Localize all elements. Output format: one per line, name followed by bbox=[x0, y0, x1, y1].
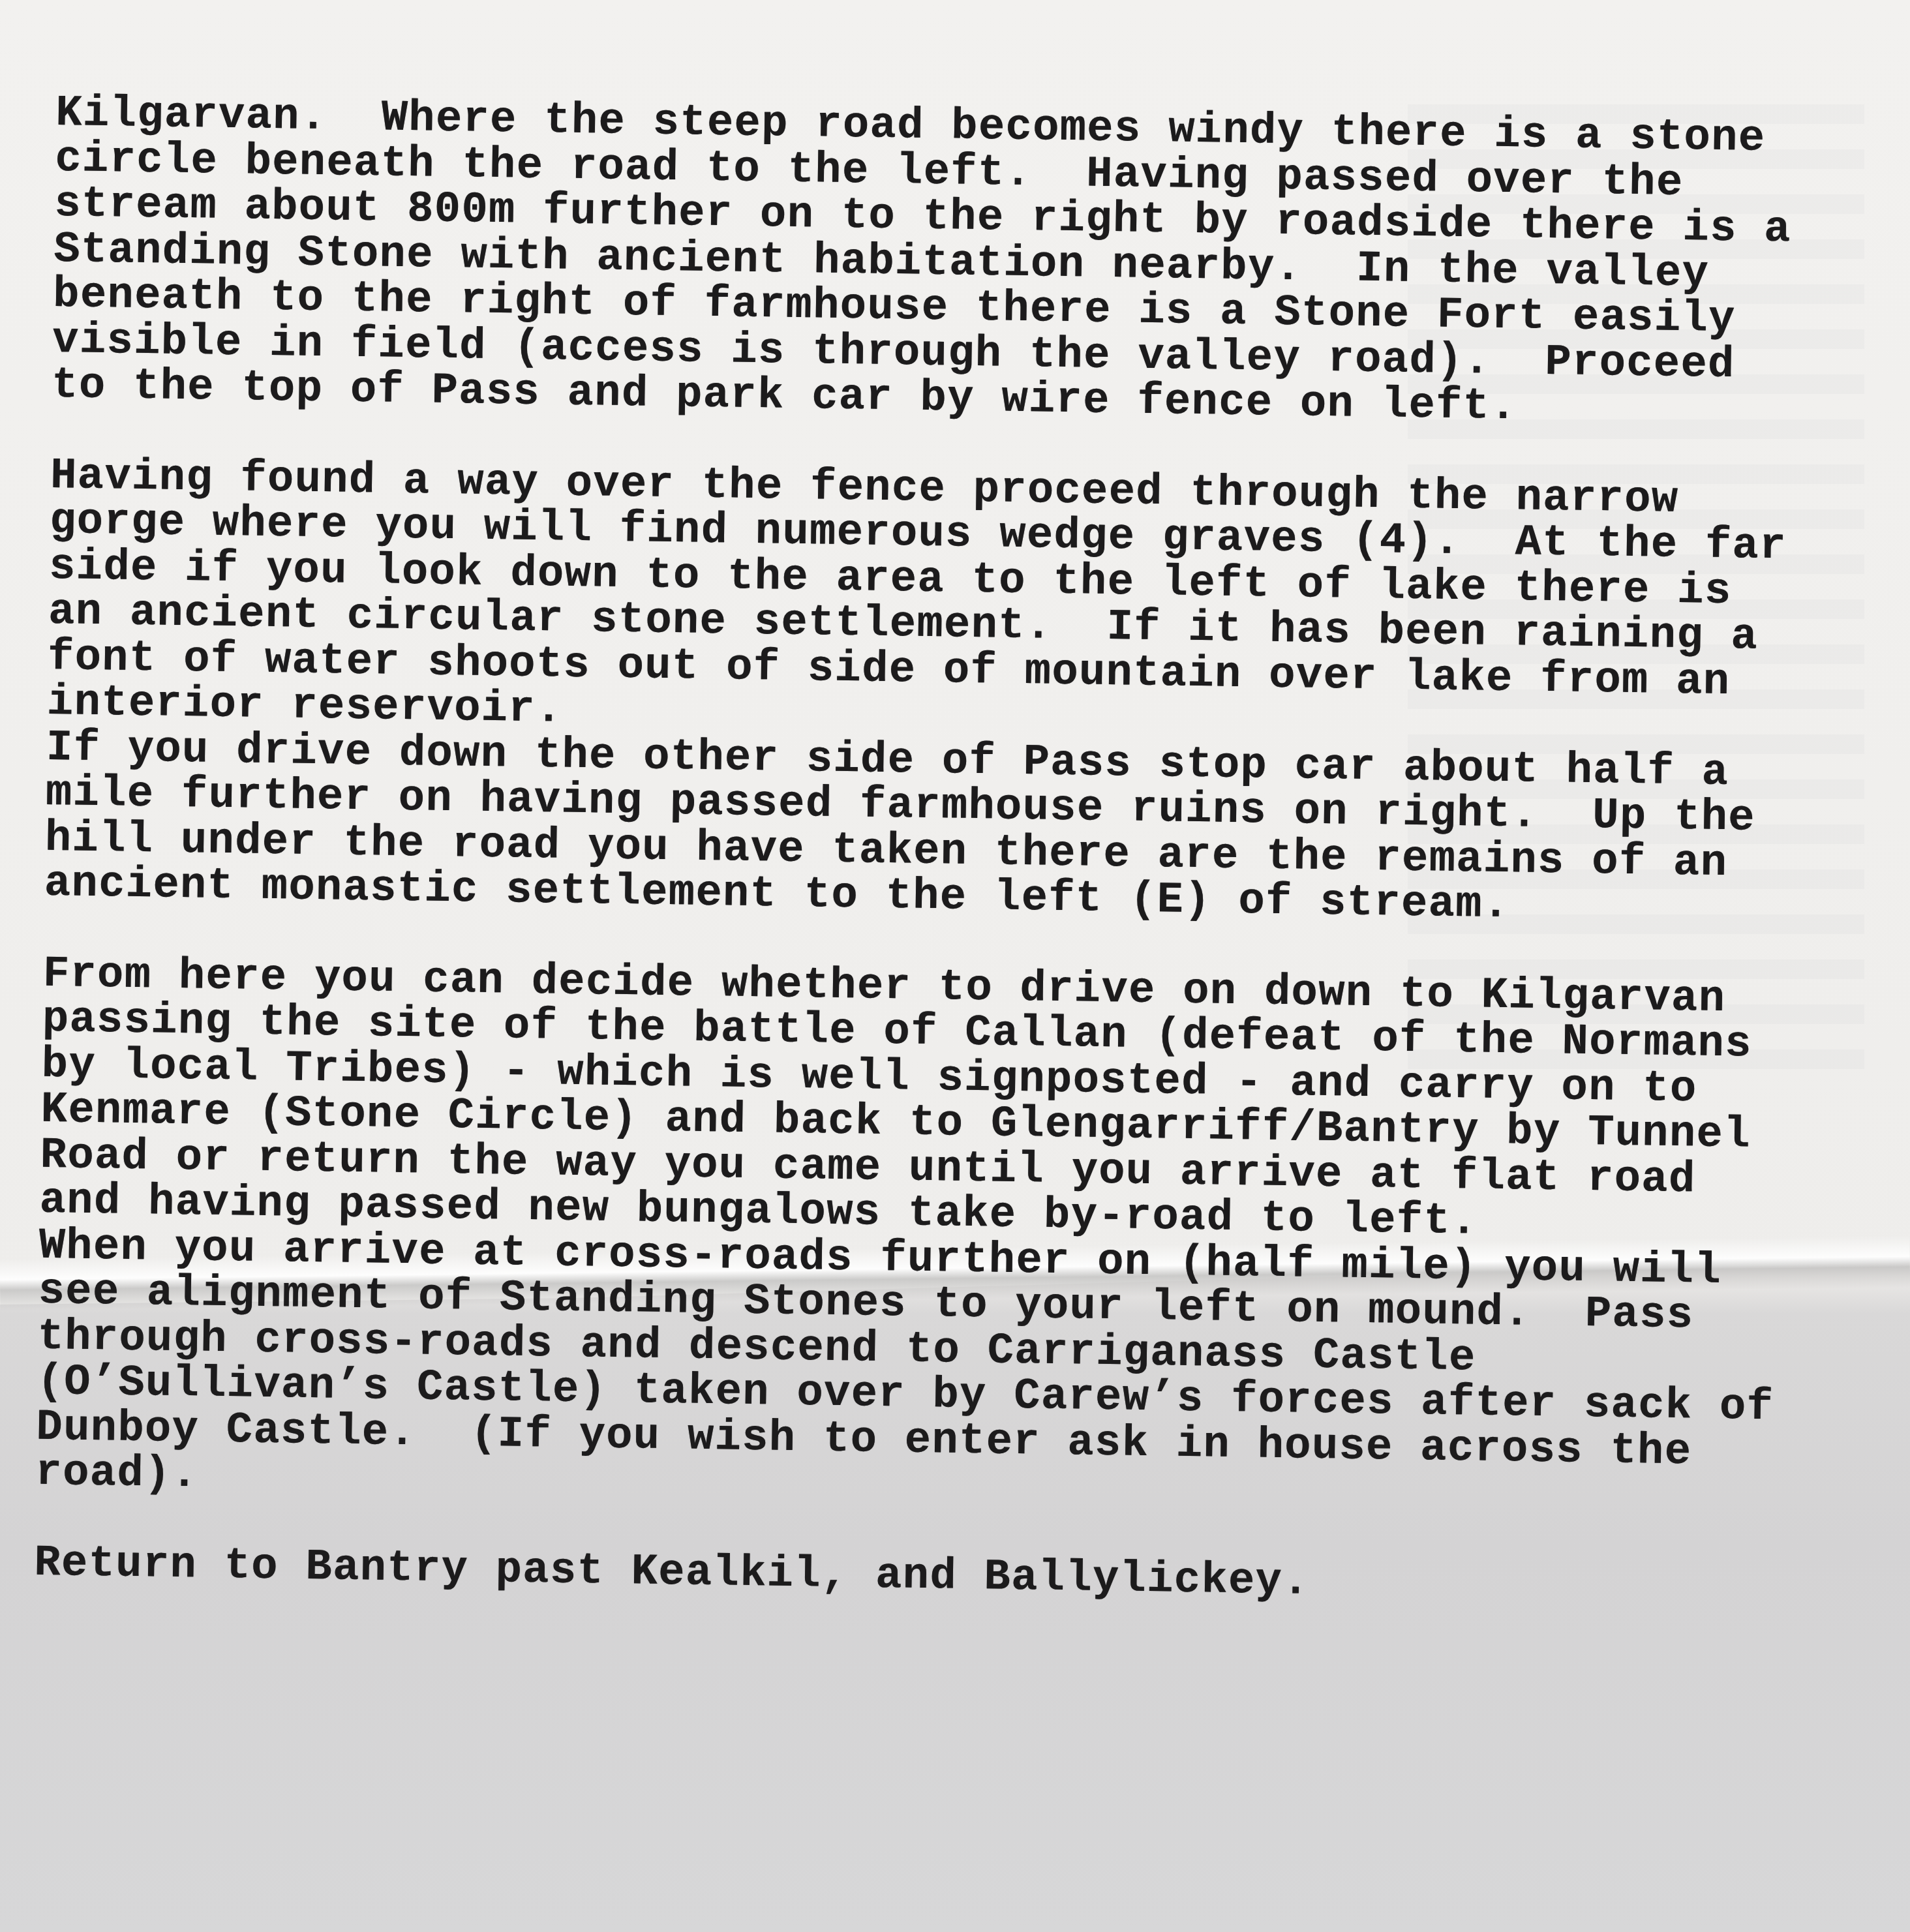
typed-document: Kilgarvan. Where the steep road becomes … bbox=[34, 91, 1883, 1613]
paragraph-kilgarvan-directions: Kilgarvan. Where the steep road becomes … bbox=[52, 91, 1883, 436]
paragraph-route-options: From here you can decide whether to driv… bbox=[35, 952, 1870, 1522]
paragraph-gorge-and-pass: Having found a way over the fence procee… bbox=[44, 453, 1877, 933]
